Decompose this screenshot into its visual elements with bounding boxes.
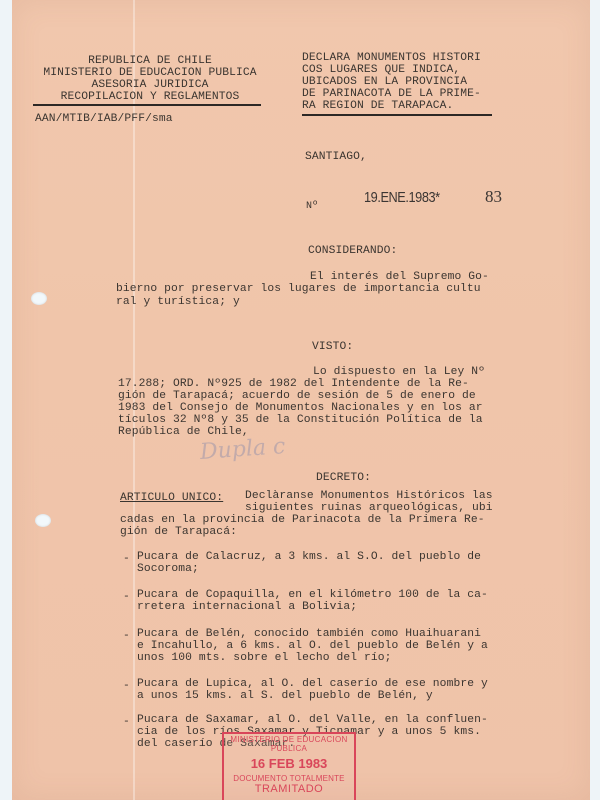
- bullet: -: [123, 553, 130, 566]
- stamp-date: 16 FEB 1983: [224, 756, 354, 772]
- binder-hole-bottom: [35, 514, 51, 527]
- item-line: a unos 15 kms. al S. del pueblo de Belén…: [137, 690, 433, 703]
- bullet: -: [123, 680, 130, 693]
- processed-stamp: MINISTERIO DE EDUCACION PUBLICA 16 FEB 1…: [222, 732, 356, 800]
- reference-code: AAN/MTIB/IAB/PFF/sma: [35, 113, 173, 126]
- considerando-heading: CONSIDERANDO:: [308, 245, 397, 258]
- bullet: -: [123, 716, 130, 729]
- date-stamp: 19.ENE.1983*: [364, 189, 440, 206]
- header-left-rule: [33, 104, 261, 106]
- bullet: -: [123, 591, 130, 604]
- item-line: rretera internacional a Bolivia;: [137, 601, 357, 614]
- header-section: RECOPILACION Y REGLAMENTOS: [30, 91, 270, 104]
- binder-hole-top: [31, 292, 47, 305]
- item-line: Socoroma;: [137, 563, 199, 576]
- considerando-line: bierno por preservar los lugares de impo…: [116, 283, 481, 296]
- bullet: -: [123, 630, 130, 643]
- stamp-ministry: MINISTERIO DE EDUCACION: [224, 735, 354, 744]
- visto-heading: VISTO:: [312, 341, 353, 354]
- stamp-status-2: TRAMITADO: [224, 783, 354, 795]
- header-right-rule: [302, 114, 492, 116]
- stamp-publica: PUBLICA: [224, 744, 354, 753]
- article-line: gión de Tarapacá:: [120, 526, 237, 539]
- decree-number: 83: [485, 187, 502, 207]
- subject-line: RA REGION DE TARAPACA.: [302, 100, 453, 113]
- considerando-line: ral y turística; y: [116, 296, 240, 309]
- article-label: ARTICULO UNICO:: [120, 492, 223, 505]
- number-label: Nº: [306, 200, 318, 213]
- place-label: SANTIAGO,: [305, 151, 367, 164]
- item-line: unos 100 mts. sobre el lecho del río;: [137, 652, 392, 665]
- decreto-heading: DECRETO:: [316, 472, 371, 485]
- stamp-status: DOCUMENTO TOTALMENTE: [224, 774, 354, 783]
